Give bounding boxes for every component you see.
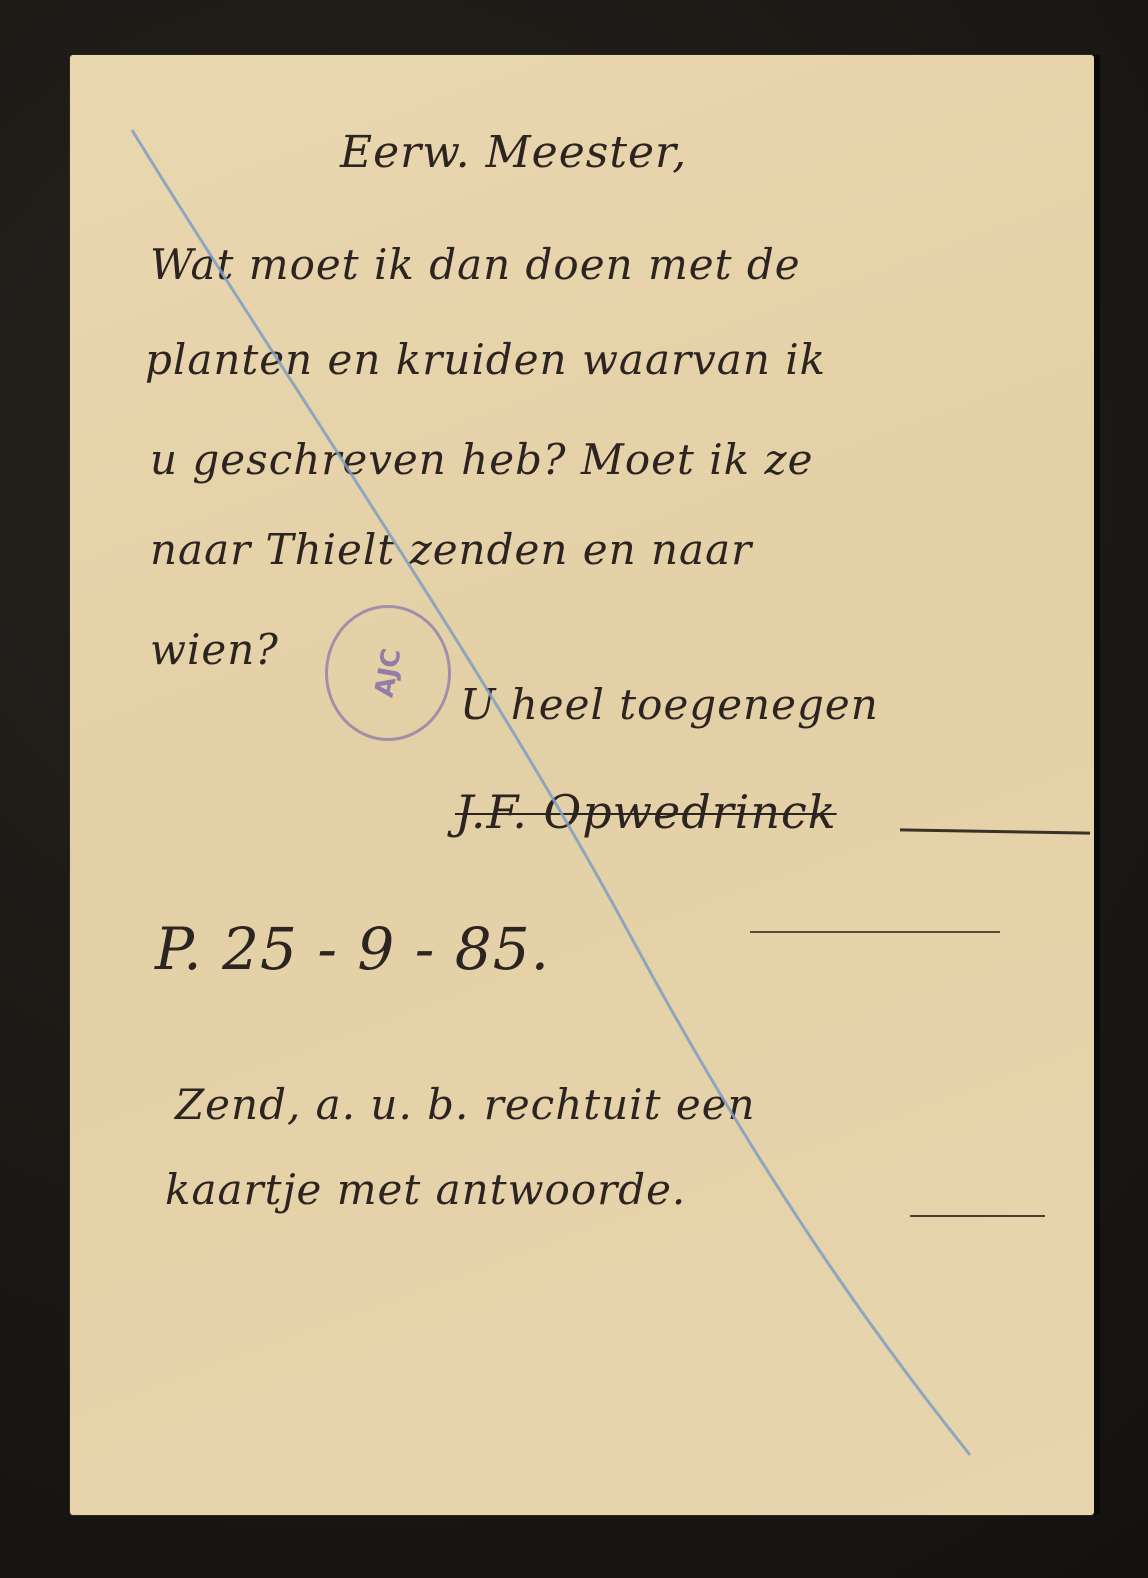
body-line-3: u geschreven heb? Moet ik ze [150, 435, 813, 484]
stamp-text: AJC [369, 646, 407, 699]
date-underline [750, 931, 1000, 933]
postscript-line-2: kaartje met antwoorde. [165, 1165, 686, 1214]
postcard: Eerw. Meester, Wat moet ik dan doen met … [70, 55, 1094, 1515]
body-line-1: Wat moet ik dan doen met de [150, 240, 801, 289]
postscript-underline [910, 1215, 1045, 1217]
body-line-2: planten en kruiden waarvan ik [145, 335, 826, 384]
signature-flourish [900, 828, 1090, 834]
signature: J.F. Opwedrinck [455, 785, 837, 839]
closing: U heel toegenegen [460, 680, 879, 729]
bee-stamp-icon: AJC [325, 605, 451, 741]
date: P. 25 - 9 - 85. [155, 915, 550, 983]
postscript-line-1: Zend, a. u. b. rechtuit een [175, 1080, 756, 1129]
salutation: Eerw. Meester, [340, 127, 687, 178]
body-line-4: naar Thielt zenden en naar [150, 525, 752, 574]
body-line-5: wien? [150, 625, 279, 674]
